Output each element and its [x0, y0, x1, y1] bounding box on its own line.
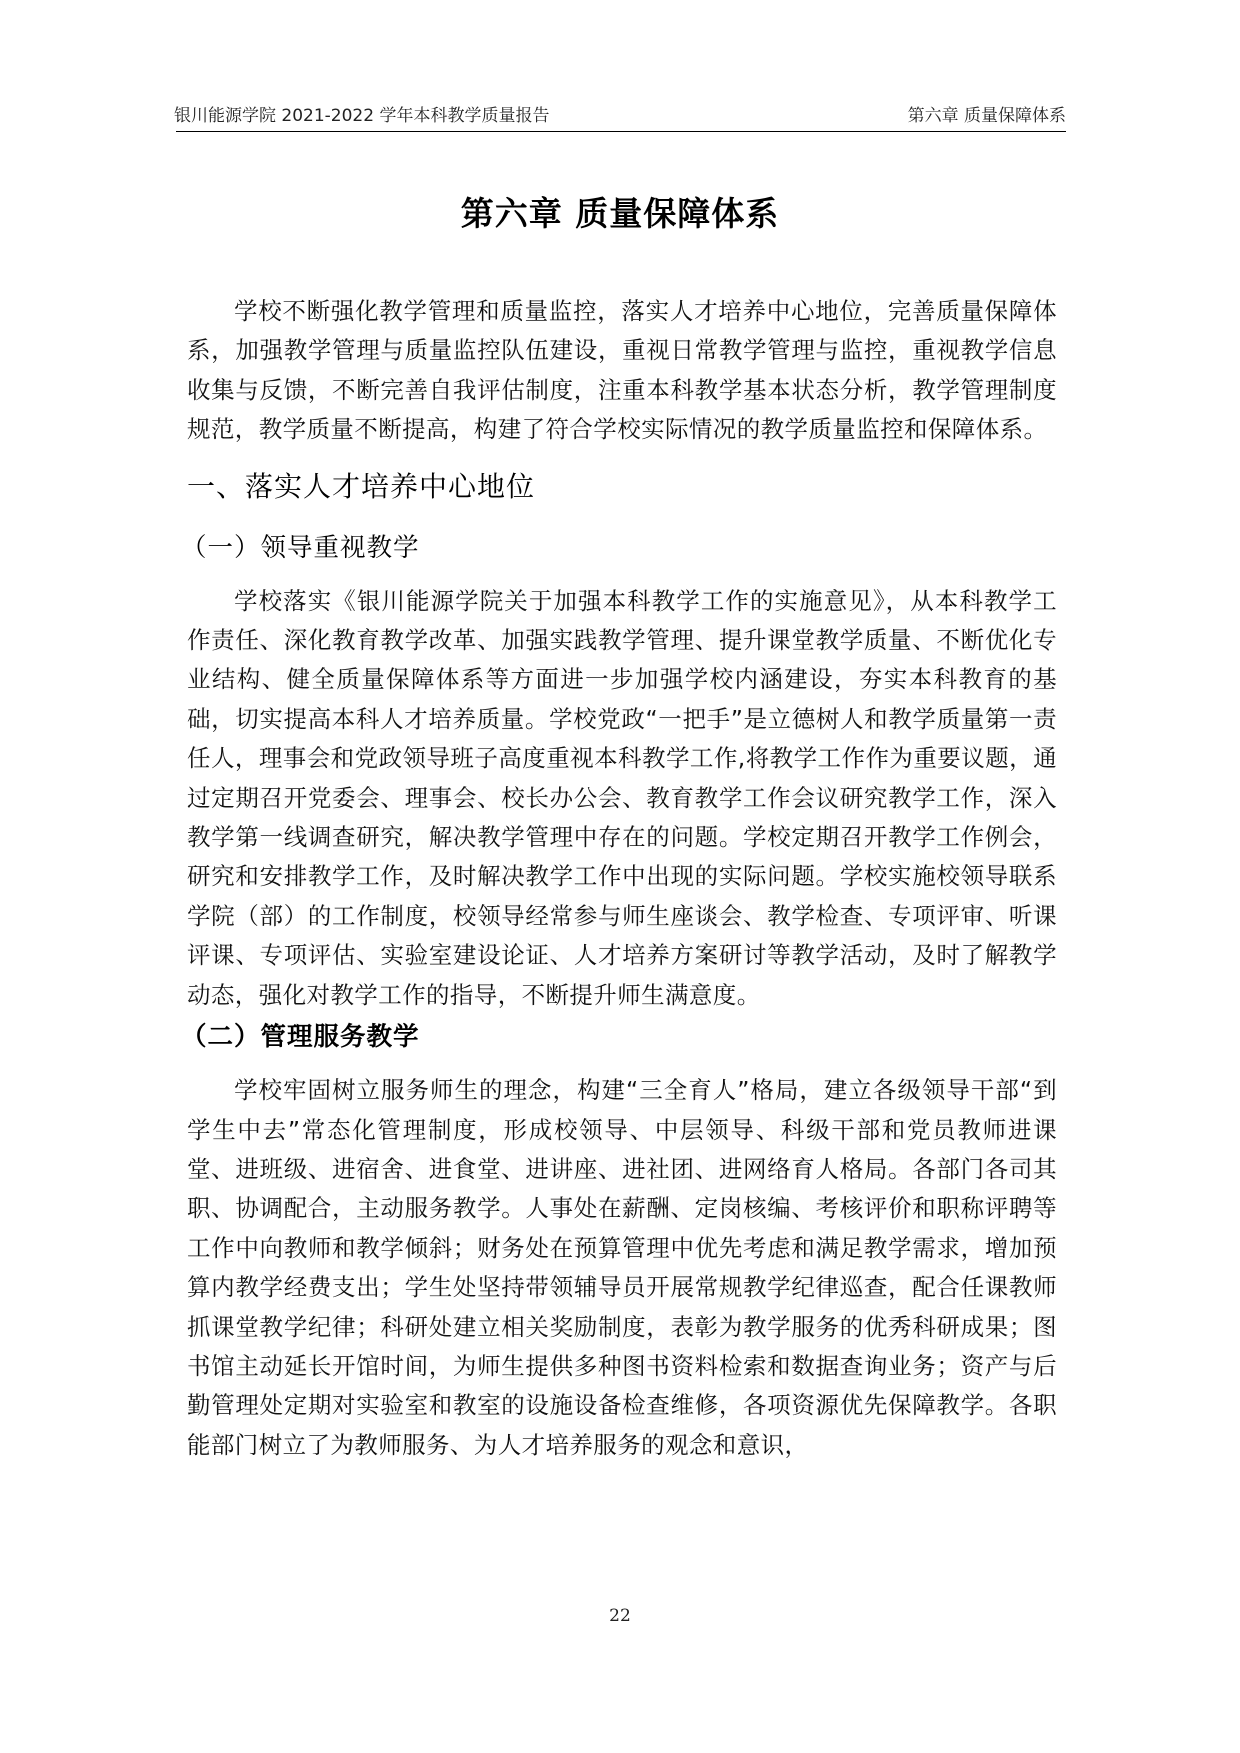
page-number: 22	[0, 1606, 1240, 1626]
header-chapter-name: 第六章 质量保障体系	[908, 101, 1066, 126]
header-divider	[176, 131, 1066, 132]
page-body: 学校不断强化教学管理和质量监控，落实人才培养中心地位，完善质量保障体系，加强教学…	[187, 292, 1057, 1465]
running-header: 银川能源学院 2021-2022 学年本科教学质量报告 第六章 质量保障体系	[174, 104, 1066, 126]
header-report-title: 银川能源学院 2021-2022 学年本科教学质量报告	[174, 101, 549, 126]
subsection-heading: （一）领导重视教学	[181, 528, 1057, 568]
subsection-heading: （二）管理服务教学	[181, 1017, 1057, 1057]
subsection-paragraph: 学校落实《银川能源学院关于加强本科教学工作的实施意见》，从本科教学工作责任、深化…	[187, 582, 1057, 1015]
chapter-title: 第六章 质量保障体系	[0, 188, 1240, 235]
intro-paragraph: 学校不断强化教学管理和质量监控，落实人才培养中心地位，完善质量保障体系，加强教学…	[187, 292, 1057, 450]
section-heading: 一、落实人才培养中心地位	[187, 464, 1057, 510]
subsection-paragraph: 学校牢固树立服务师生的理念，构建“三全育人”格局，建立各级领导干部“到学生中去”…	[187, 1071, 1057, 1465]
